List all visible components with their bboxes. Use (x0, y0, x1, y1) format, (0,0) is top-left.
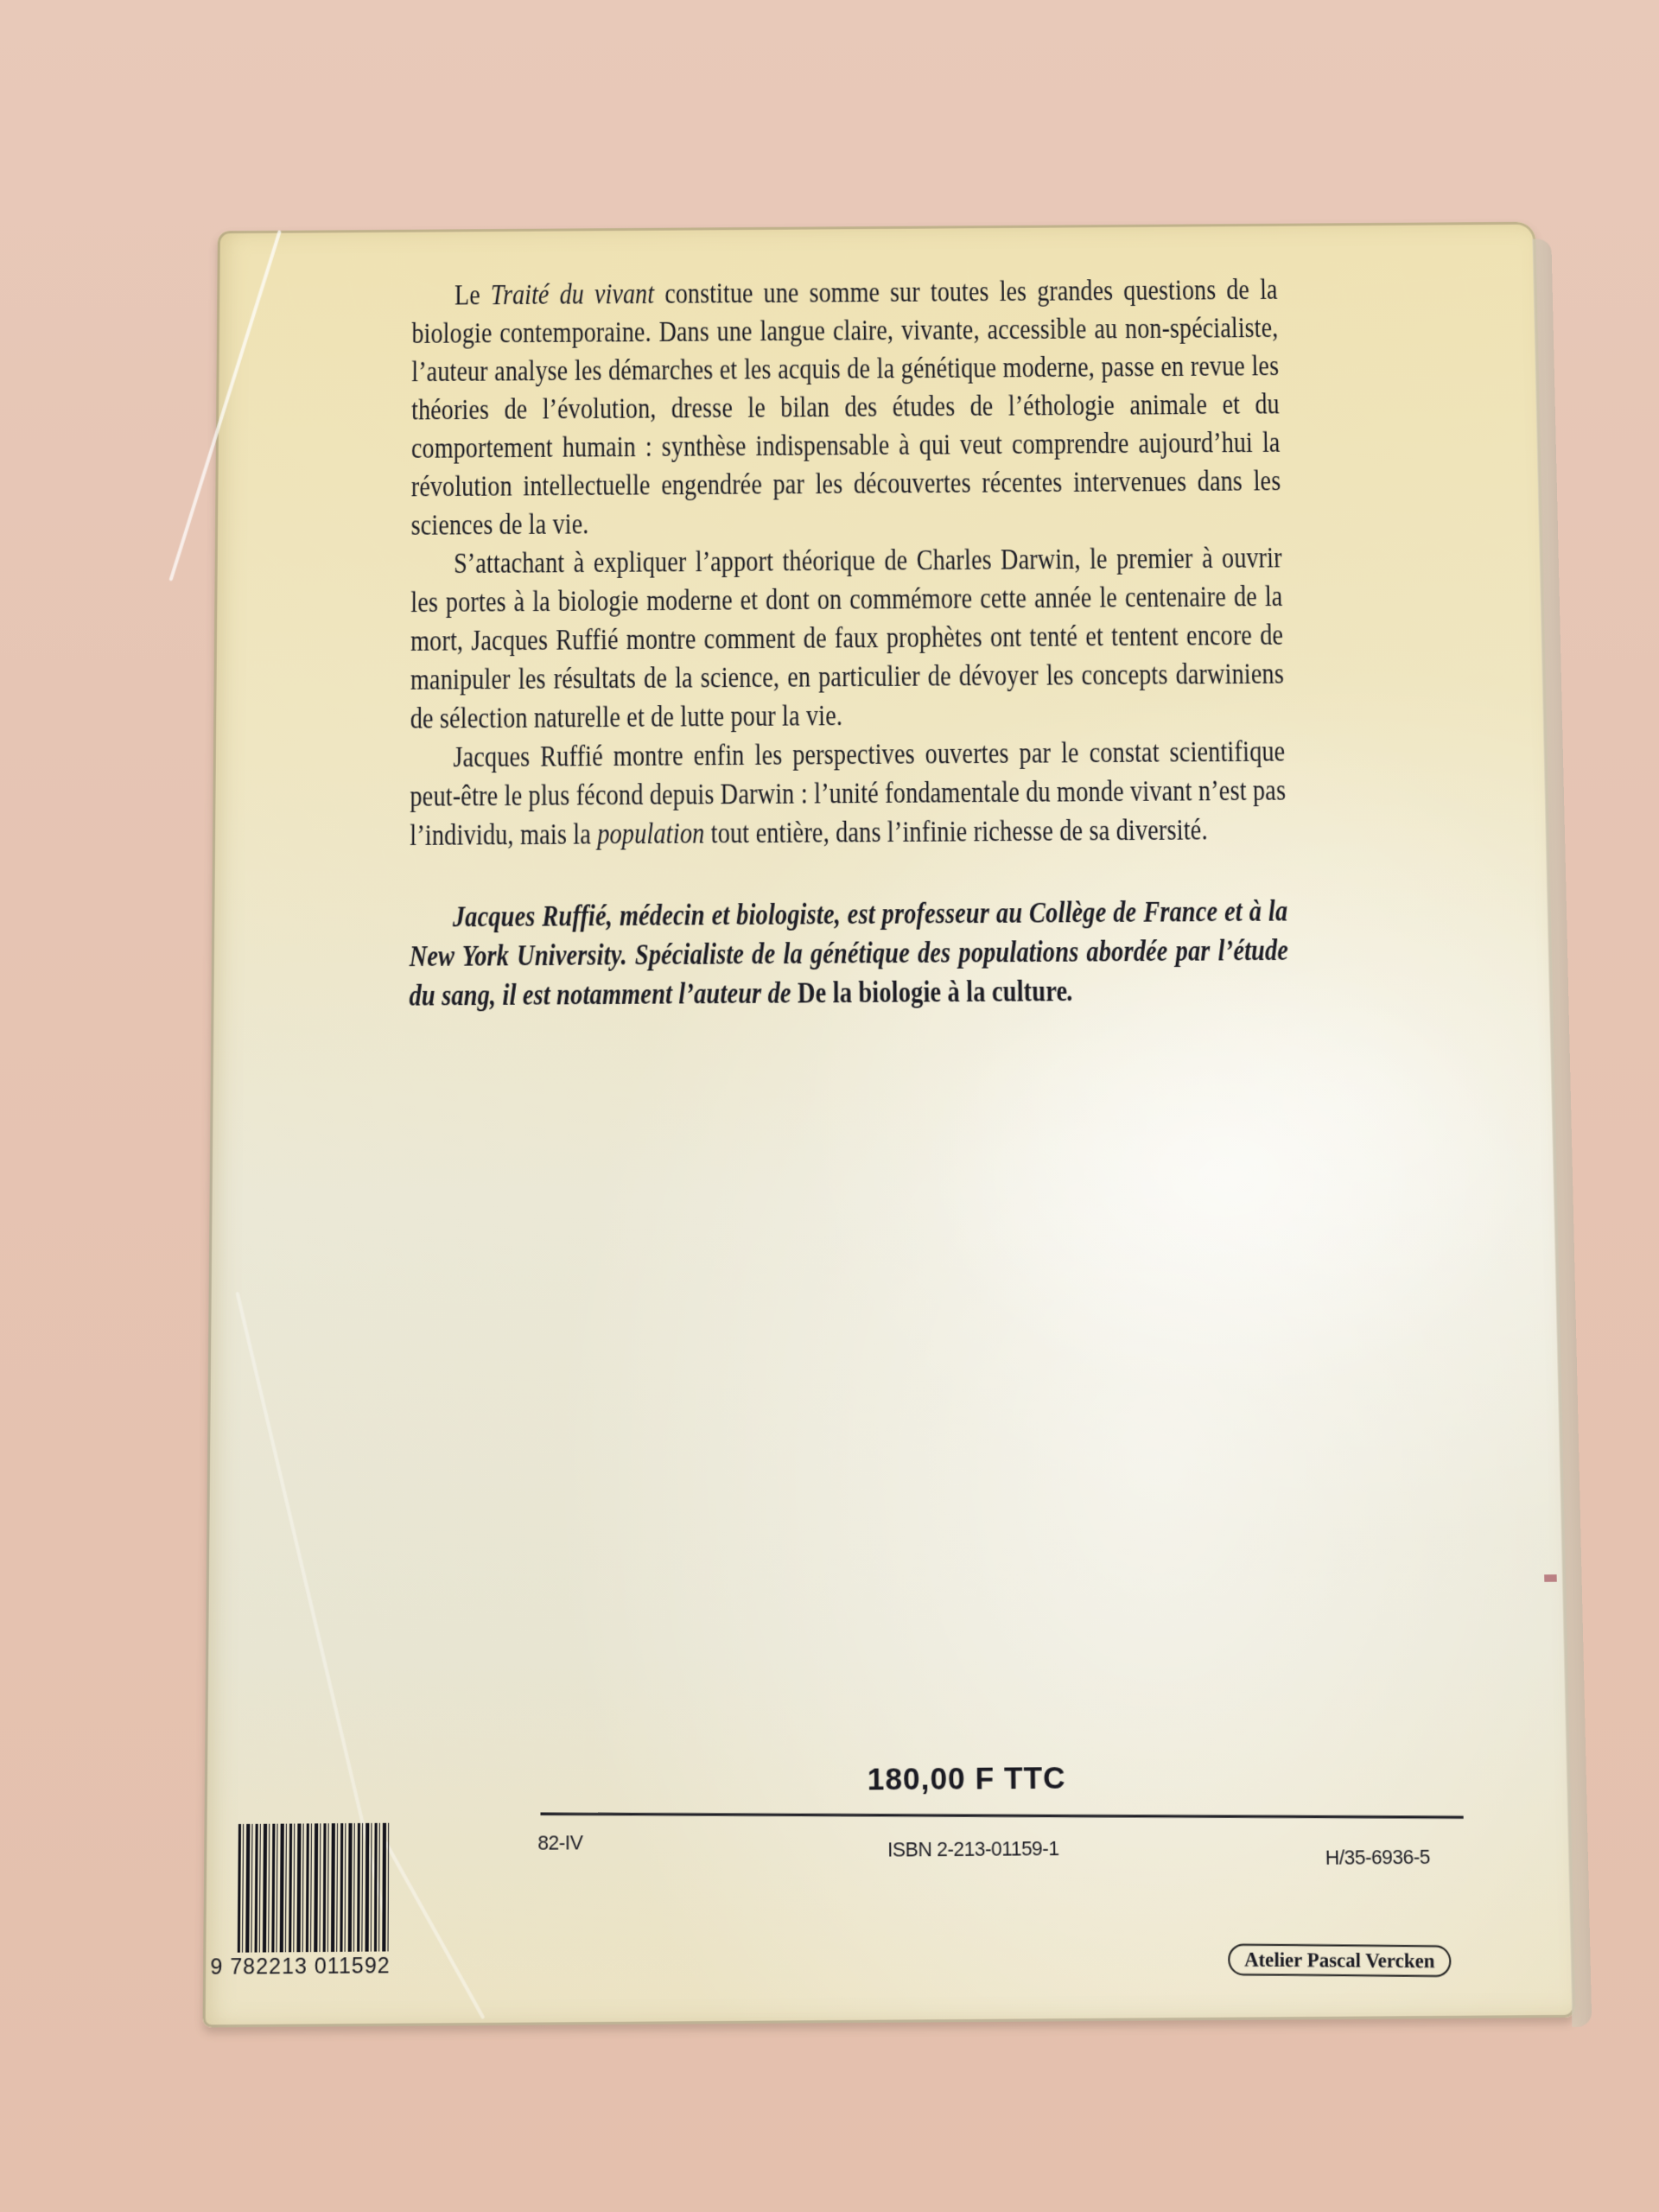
price-label: 180,00 F TTC (868, 1761, 1066, 1798)
divider-line (540, 1813, 1463, 1819)
edge-mark (1544, 1574, 1557, 1582)
designer-badge: Atelier Pascal Vercken (1228, 1944, 1451, 1978)
light-glare (915, 950, 1540, 1406)
blurb-paragraph-3: Jacques Ruffié montre enfin les perspect… (410, 733, 1287, 855)
author-bio-end: . (1067, 975, 1074, 1007)
isbn-label: ISBN 2-213-01159-1 (887, 1837, 1059, 1862)
barcode: 9 782213 011592 (237, 1823, 391, 1992)
population-italic: population (597, 817, 704, 851)
author-bio: Jacques Ruffié, médecin et biologiste, e… (409, 892, 1289, 1016)
book-title-italic: Traité du vivant (491, 278, 654, 311)
other-book-title: De la biologie à la culture (798, 975, 1067, 1009)
blurb-paragraph-1: Le Traité du vivant constitue une somme … (411, 271, 1282, 545)
blurb-p3-rest: tout entière, dans l’infinie richesse de… (704, 814, 1208, 850)
barcode-bars-icon (238, 1823, 391, 1953)
blurb-paragraph-2: S’attachant à expliquer l’apport théoriq… (410, 539, 1285, 739)
catalog-code: H/35-6936-5 (1325, 1845, 1431, 1870)
barcode-digits: 9 782213 011592 (210, 1954, 390, 1981)
cover-crease (235, 1292, 385, 1916)
cover-crease (384, 1840, 485, 2019)
blurb-p1-lead: Le (454, 279, 491, 311)
blurb-p1-rest: constitue une somme sur toutes les grand… (411, 274, 1281, 542)
edition-code: 82-IV (537, 1831, 582, 1855)
book-back-cover: Le Traité du vivant constitue une somme … (203, 222, 1576, 2028)
blurb-text: Le Traité du vivant constitue une somme … (409, 271, 1289, 1016)
